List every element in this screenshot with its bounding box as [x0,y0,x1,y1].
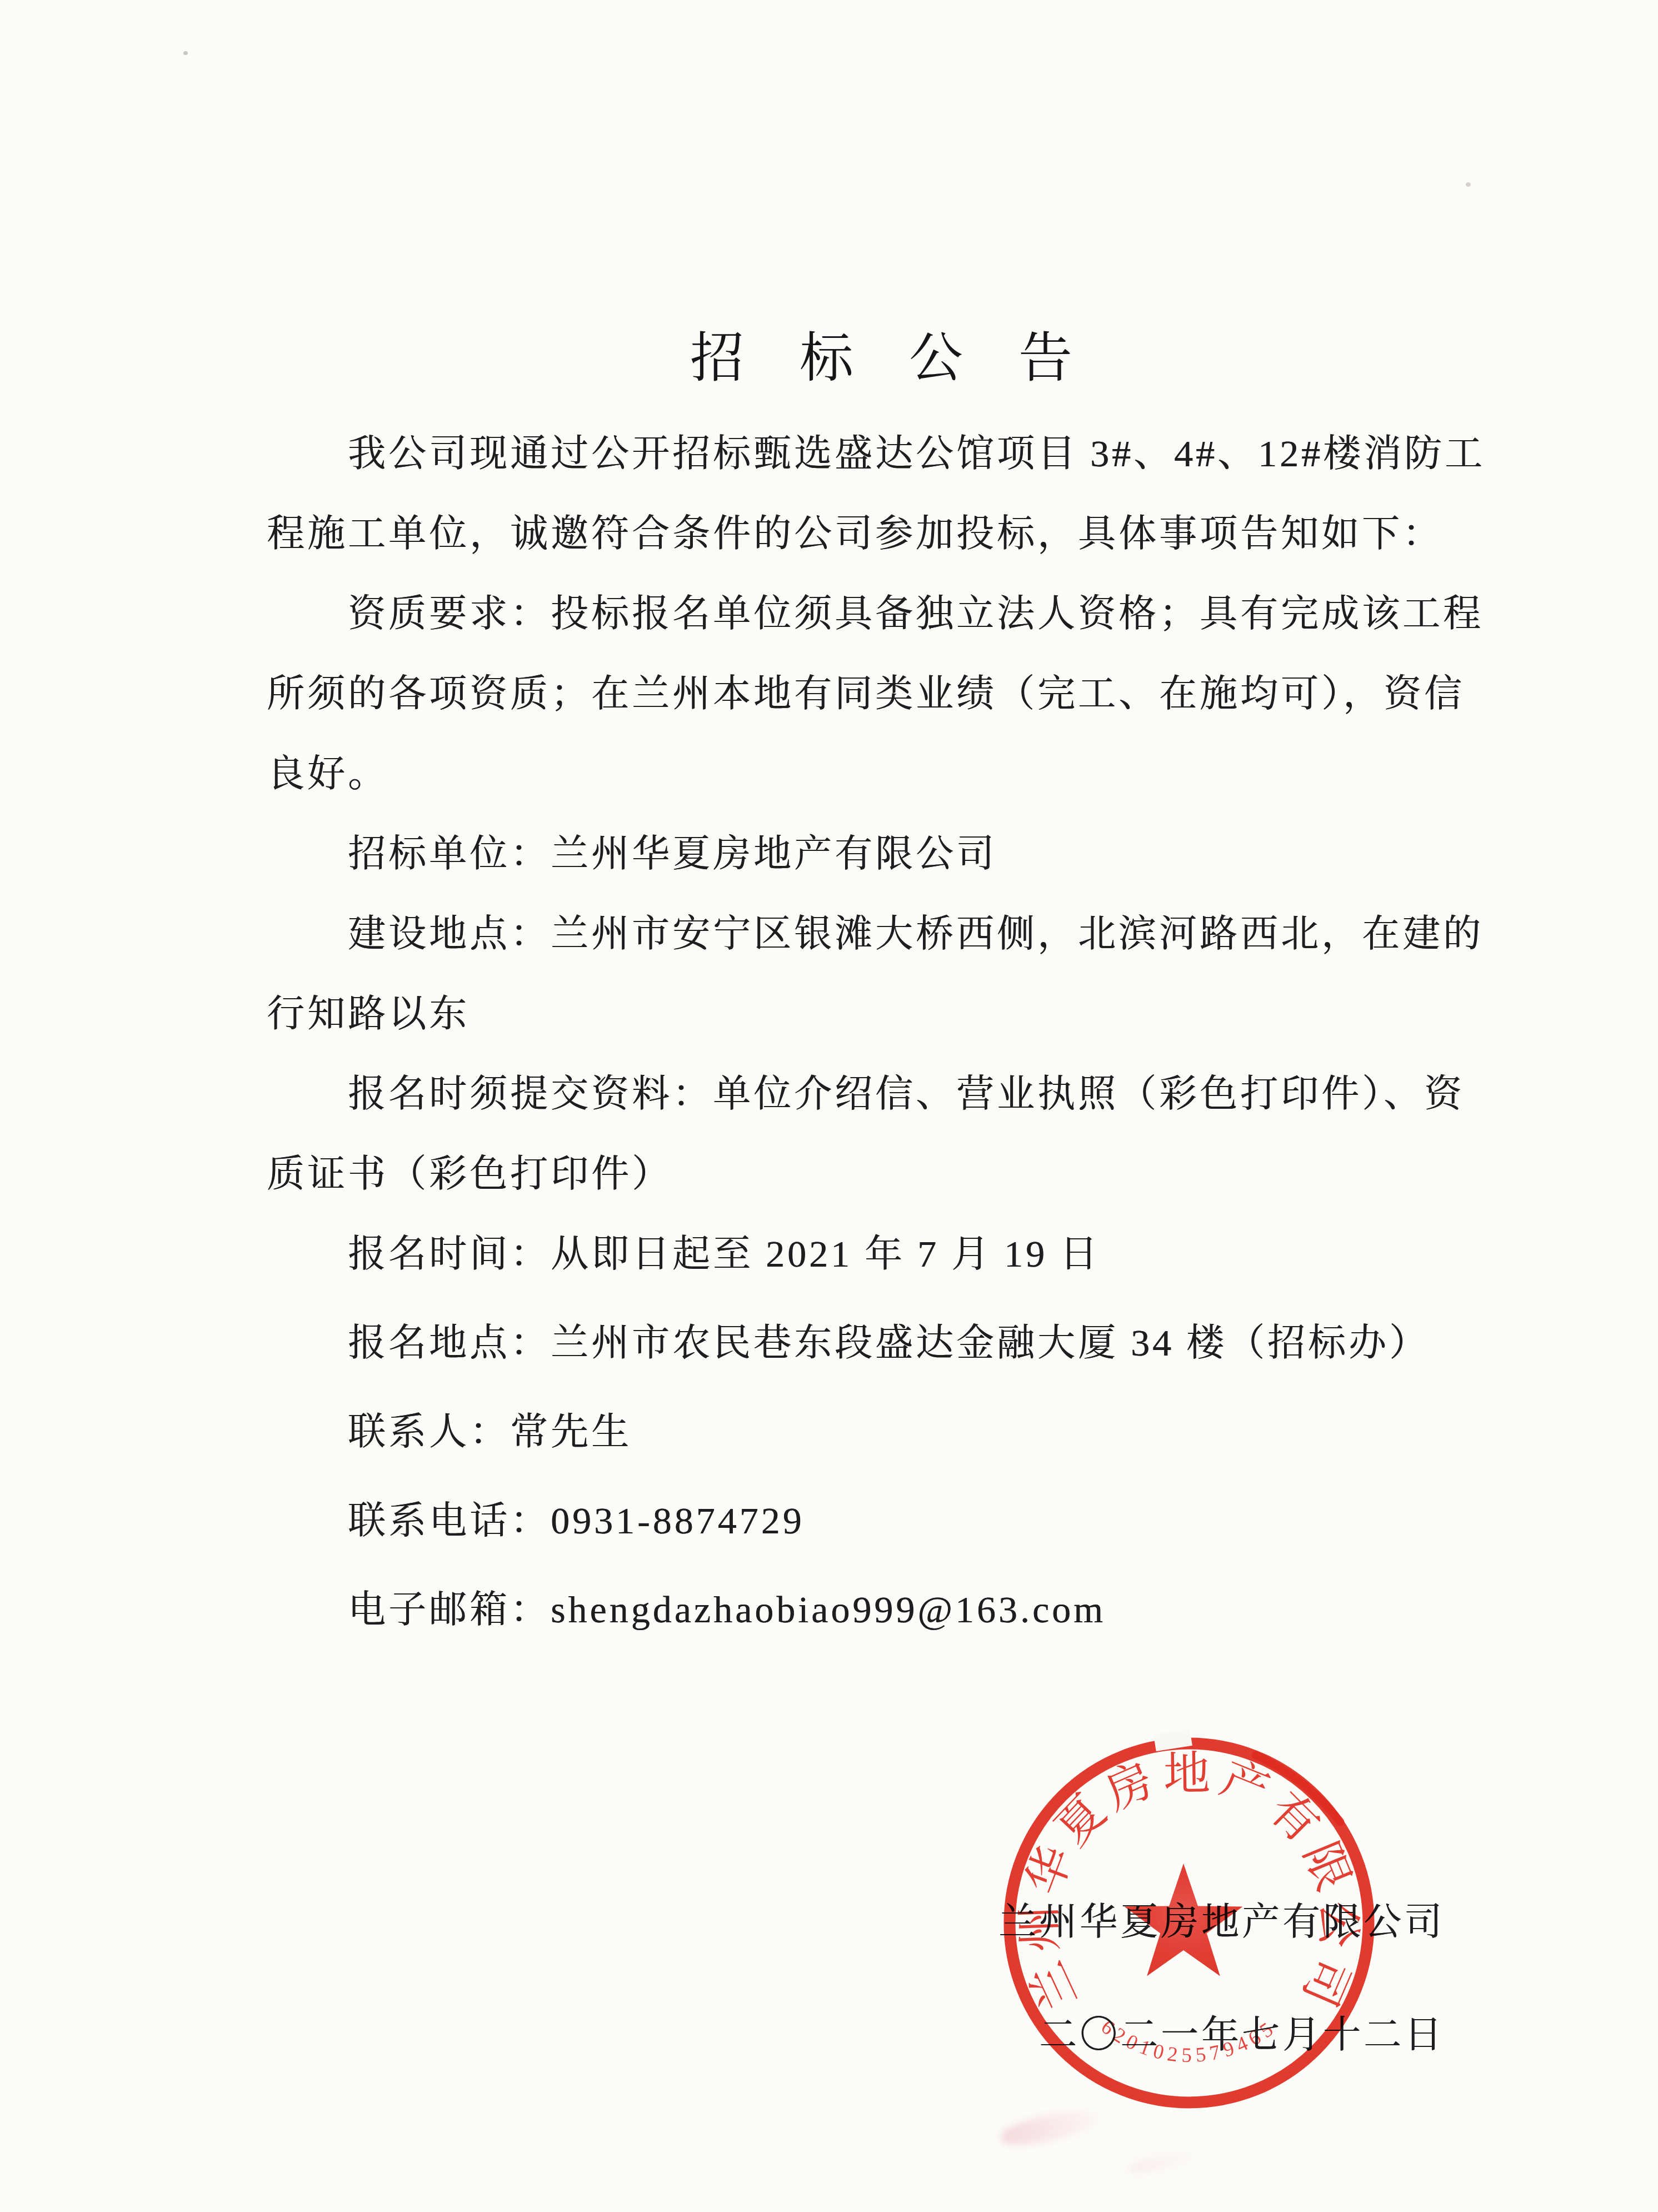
seal-serial-holder: 6201025579465 [1097,2015,1278,2067]
page-title: 招标公告 [267,0,1496,392]
body-line: 质证书（彩色打印件） [267,1134,1496,1214]
body-line: 报名时间：从即日起至 2021 年 7 月 19 日 [267,1214,1496,1294]
body-line: 资质要求：投标报名单位须具备独立法人资格；具有完成该工程 [267,574,1496,654]
body-line: 所须的各项资质；在兰州本地有同类业绩（完工、在施均可），资信 [267,654,1496,734]
body-line: 联系电话：0931-8874729 [267,1481,1496,1561]
paper-speck [183,51,188,55]
body-line: 招标单位：兰州华夏房地产有限公司 [267,814,1496,894]
body-line: 我公司现通过公开招标甄选盛达公馆项目 3#、4#、12#楼消防工 [267,413,1496,494]
body-line: 程施工单位，诚邀符合条件的公司参加投标，具体事项告知如下： [267,494,1496,574]
ink-smudge [1127,2149,1196,2176]
document-body: 招标公告 我公司现通过公开招标甄选盛达公馆项目 3#、4#、12#楼消防工 程施… [267,0,1496,1650]
page-title-text: 招标公告 [690,328,1128,388]
body-line: 报名地点：兰州市农民巷东段盛达金融大厦 34 楼（招标办） [267,1303,1496,1383]
body-line: 行知路以东 [267,974,1496,1054]
body-line: 良好。 [267,734,1496,814]
body-line: 建设地点：兰州市安宁区银滩大桥西侧，北滨河路西北，在建的 [267,894,1496,974]
body-line: 电子邮箱：shengdazhaobiao999@163.com [267,1570,1496,1650]
scanned-document-page: 招标公告 我公司现通过公开招标甄选盛达公馆项目 3#、4#、12#楼消防工 程施… [0,0,1658,2212]
body-line: 联系人：常先生 [267,1392,1496,1472]
star-icon [1125,1864,1243,1976]
company-seal: 兰州华夏房地产有限公司 6201025579465 [978,1706,1400,2140]
body-line: 报名时须提交资料：单位介绍信、营业执照（彩色打印件）、资 [267,1054,1496,1134]
seal-serial-number: 6201025579465 [1097,2015,1278,2067]
